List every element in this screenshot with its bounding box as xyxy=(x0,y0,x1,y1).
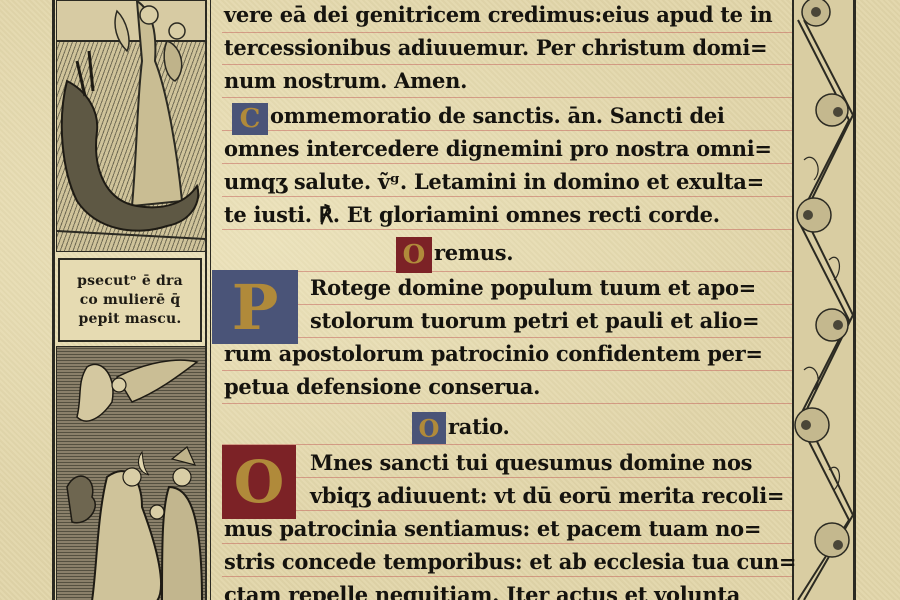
text-line-14: Mnes sancti tui quesumus domine nos xyxy=(310,450,878,476)
text-line-10: stolorum tuorum petri et pauli et alio= xyxy=(310,308,878,334)
woodcut-caption: psecutᵒ ē dra co mulierē q̄ pepit mascu. xyxy=(58,258,202,342)
ruling-line xyxy=(222,304,792,305)
text-line-17: stris concede temporibus: et ab ecclesia… xyxy=(224,549,792,575)
ruling-line xyxy=(222,444,792,445)
ruling-line xyxy=(222,32,792,33)
initial-c-blue: C xyxy=(232,103,268,135)
woodcut-angel-scene xyxy=(56,346,206,600)
ruling-line xyxy=(222,97,792,98)
initial-o-red: O xyxy=(396,237,432,273)
ruling-line xyxy=(222,163,792,164)
ruling-line xyxy=(222,196,792,197)
text-line-6: umqʒ salute. ṽᵍ. Letamini in domino et e… xyxy=(224,169,792,195)
text-line-2: tercessionibus adiuuemur. Per christum d… xyxy=(224,35,792,61)
frame-rule-left xyxy=(52,0,55,600)
ruling-line xyxy=(222,130,792,131)
text-line-7: te iusti. ℟. Et gloriamini omnes recti c… xyxy=(224,202,792,228)
woodcut-apocalypse-woman xyxy=(56,0,206,252)
ruling-line xyxy=(222,403,792,404)
text-line-12: petua defensione conserua. xyxy=(224,374,792,400)
woodcut-illustration-icon xyxy=(57,347,205,600)
woodcut-illustration-icon xyxy=(57,1,205,251)
ruling-line xyxy=(222,576,792,577)
text-line-5: omnes intercedere dignemini pro nostra o… xyxy=(224,136,792,162)
ruling-line xyxy=(222,370,792,371)
initial-p-blue: P xyxy=(212,270,298,344)
caption-line-3: pepit mascu. xyxy=(79,310,182,329)
ruling-line xyxy=(222,64,792,65)
frame-rule-inner-thin xyxy=(210,0,211,600)
ruling-line xyxy=(222,543,792,544)
caption-line-2: co mulierē q̄ xyxy=(80,291,181,310)
text-line-1: vere eā dei genitricem credimus:eius apu… xyxy=(224,2,792,28)
text-line-15: vbiqʒ adiuuent: vt dū eorū merita recoli… xyxy=(310,483,878,509)
text-line-16: mus patrocinia sentiamus: et pacem tuam … xyxy=(224,516,792,542)
ruling-line xyxy=(222,477,792,478)
text-line-4: ommemoratio de sanctis. ān. Sancti dei xyxy=(270,103,838,129)
ruling-line xyxy=(222,510,792,511)
heading-oremus: remus. xyxy=(434,240,900,266)
text-line-11: rum apostolorum patrocinio confidentem p… xyxy=(224,341,792,367)
text-line-9: Rotege domine populum tuum et apo= xyxy=(310,275,878,301)
manuscript-page: psecutᵒ ē dra co mulierē q̄ pepit mascu. xyxy=(0,0,900,600)
initial-o-red-large: O xyxy=(222,445,296,519)
initial-o-blue: O xyxy=(412,412,446,444)
ruling-line xyxy=(222,337,792,338)
text-line-18: ctam repelle nequitiam. Iter actus et vo… xyxy=(224,582,792,600)
text-block: vere eā dei genitricem credimus:eius apu… xyxy=(222,0,792,600)
text-line-3: num nostrum. Amen. xyxy=(224,68,792,94)
caption-line-1: psecutᵒ ē dra xyxy=(77,272,183,291)
heading-oratio: ratio. xyxy=(448,414,900,440)
ruling-line xyxy=(222,229,792,230)
ruling-line xyxy=(222,271,792,272)
